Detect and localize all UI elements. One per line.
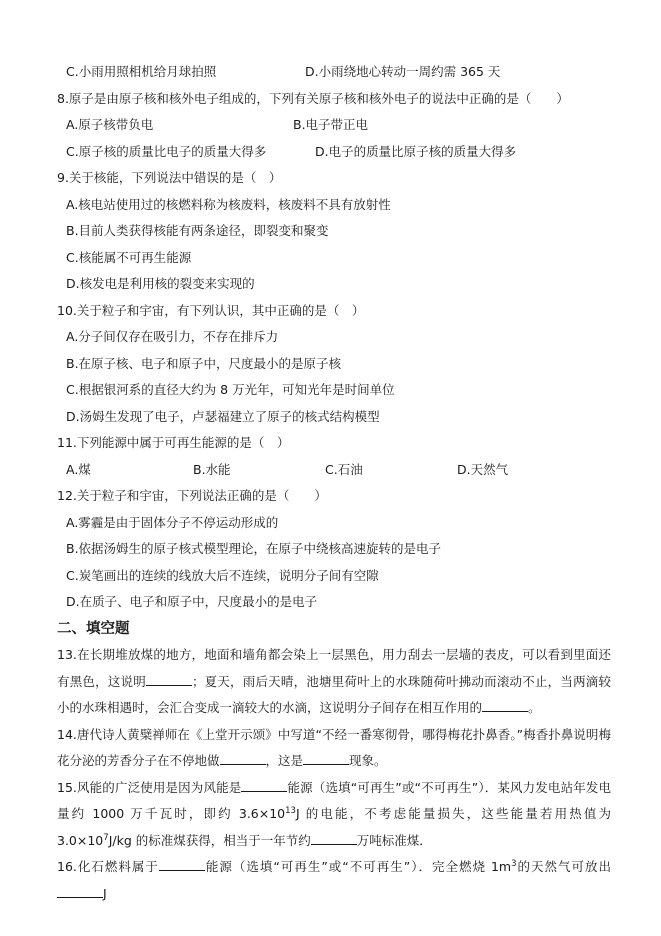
answer-blank [159, 858, 205, 871]
option-11c: C.石油 [325, 457, 457, 484]
document-page: C.小雨用照相机给月球拍照 D.小雨绕地心转动一周约需 365 天 8.原子是由… [0, 0, 661, 936]
answer-blank [57, 885, 103, 898]
option-10b: B.在原子核、电子和原子中，尺度最小的是原子核 [57, 351, 611, 378]
question11-options-row: A.煤 B.水能 C.石油 D.天然气 [57, 457, 611, 484]
question9-stem: 9.关于核能，下列说法中错误的是（ ） [57, 165, 611, 192]
question16-text-3: 的天然气可放出 [517, 859, 611, 874]
option-10d: D.汤姆生发现了电子，卢瑟福建立了原子的核式结构模型 [57, 404, 611, 431]
option-11a: A.煤 [66, 457, 193, 484]
answer-blank [311, 832, 357, 845]
question12-stem: 12.关于粒子和宇宙，下列说法正确的是（ ） [57, 483, 611, 510]
answer-blank [303, 752, 349, 765]
question8-options-ab-row: A.原子核带负电 B.电子带正电 [57, 112, 611, 139]
option-12b: B.依据汤姆生的原子核式模型理论，在原子中绕核高速旋转的是电子 [57, 536, 611, 563]
option-7d: D.小雨绕地心转动一周约需 365 天 [305, 59, 500, 86]
question16-text-2: 能源（选填“可再生”或“不可再生”）．完全燃烧 1m [205, 859, 511, 874]
option-8a: A.原子核带负电 [66, 112, 293, 139]
question14-text-3: 现象。 [349, 753, 387, 768]
question11-stem: 11.下列能源中属于可再生能源的是（ ） [57, 430, 611, 457]
document-content: C.小雨用照相机给月球拍照 D.小雨绕地心转动一周约需 365 天 8.原子是由… [0, 0, 661, 907]
section-heading-fill-blanks: 二、填空题 [57, 616, 611, 643]
option-12c: C.炭笔画出的连续的线放大后不连续，说明分子间有空隙 [57, 563, 611, 590]
question15-text-5: 万吨标准煤． [357, 833, 432, 848]
question13-paragraph: 13.在长期堆放煤的地方，地面和墙角都会染上一层黑色，用力刮去一层墙的表皮，可以… [57, 642, 611, 722]
option-8d: D.电子的质量比原子核的质量大得多 [315, 139, 516, 166]
option-10a: A.分子间仅存在吸引力，不存在排斥力 [57, 324, 611, 351]
answer-blank [482, 699, 528, 712]
question16-text-1: 16.化石燃料属于 [57, 859, 159, 874]
answer-blank [220, 752, 266, 765]
option-9b: B.目前人类获得核能有两条途径，即裂变和聚变 [57, 218, 611, 245]
option-11b: B.水能 [193, 457, 325, 484]
question15-paragraph: 15.风能的广泛使用是因为风能是能源（选填“可再生”或“不可再生”）．某风力发电… [57, 775, 611, 855]
option-9c: C.核能属不可再生能源 [57, 245, 611, 272]
option-12a: A.雾霾是由于固体分子不停运动形成的 [57, 510, 611, 537]
option-8b: B.电子带正电 [293, 112, 368, 139]
question16-text-4: J [103, 886, 107, 901]
question15-text-1: 15.风能的广泛使用是因为风能是 [57, 780, 241, 795]
question8-stem: 8.原子是由原子核和核外电子组成的，下列有关原子核和核外电子的说法中正确的是（ … [57, 86, 611, 113]
question14-text-2: ，这是 [266, 753, 304, 768]
question15-text-4: J/kg 的标准煤获得，相当于一年节约 [109, 833, 311, 848]
option-9d: D.核发电是利用核的裂变来实现的 [57, 271, 611, 298]
option-8c: C.原子核的质量比电子的质量大得多 [66, 139, 315, 166]
option-11d: D.天然气 [457, 457, 508, 484]
question8-options-cd-row: C.原子核的质量比电子的质量大得多 D.电子的质量比原子核的质量大得多 [57, 139, 611, 166]
question10-stem: 10.关于粒子和宇宙，有下列认识，其中正确的是（ ） [57, 298, 611, 325]
answer-blank [146, 673, 192, 686]
question14-paragraph: 14.唐代诗人黄檗禅师在《上堂开示颂》中写道“不经一番寒彻骨，哪得梅花扑鼻香。”… [57, 722, 611, 775]
question16-paragraph: 16.化石燃料属于能源（选填“可再生”或“不可再生”）．完全燃烧 1m3的天然气… [57, 854, 611, 907]
exponent-13: 13 [285, 806, 296, 816]
option-12d: D.在质子、电子和原子中，尺度最小的是电子 [57, 589, 611, 616]
option-9a: A.核电站使用过的核燃料称为核废料，核废料不具有放射性 [57, 192, 611, 219]
question7-options-cd-row: C.小雨用照相机给月球拍照 D.小雨绕地心转动一周约需 365 天 [57, 59, 611, 86]
question13-text-3: 。 [528, 700, 541, 715]
answer-blank [241, 779, 287, 792]
option-7c: C.小雨用照相机给月球拍照 [66, 59, 305, 86]
option-10c: C.根据银河系的直径大约为 8 万光年，可知光年是时间单位 [57, 377, 611, 404]
